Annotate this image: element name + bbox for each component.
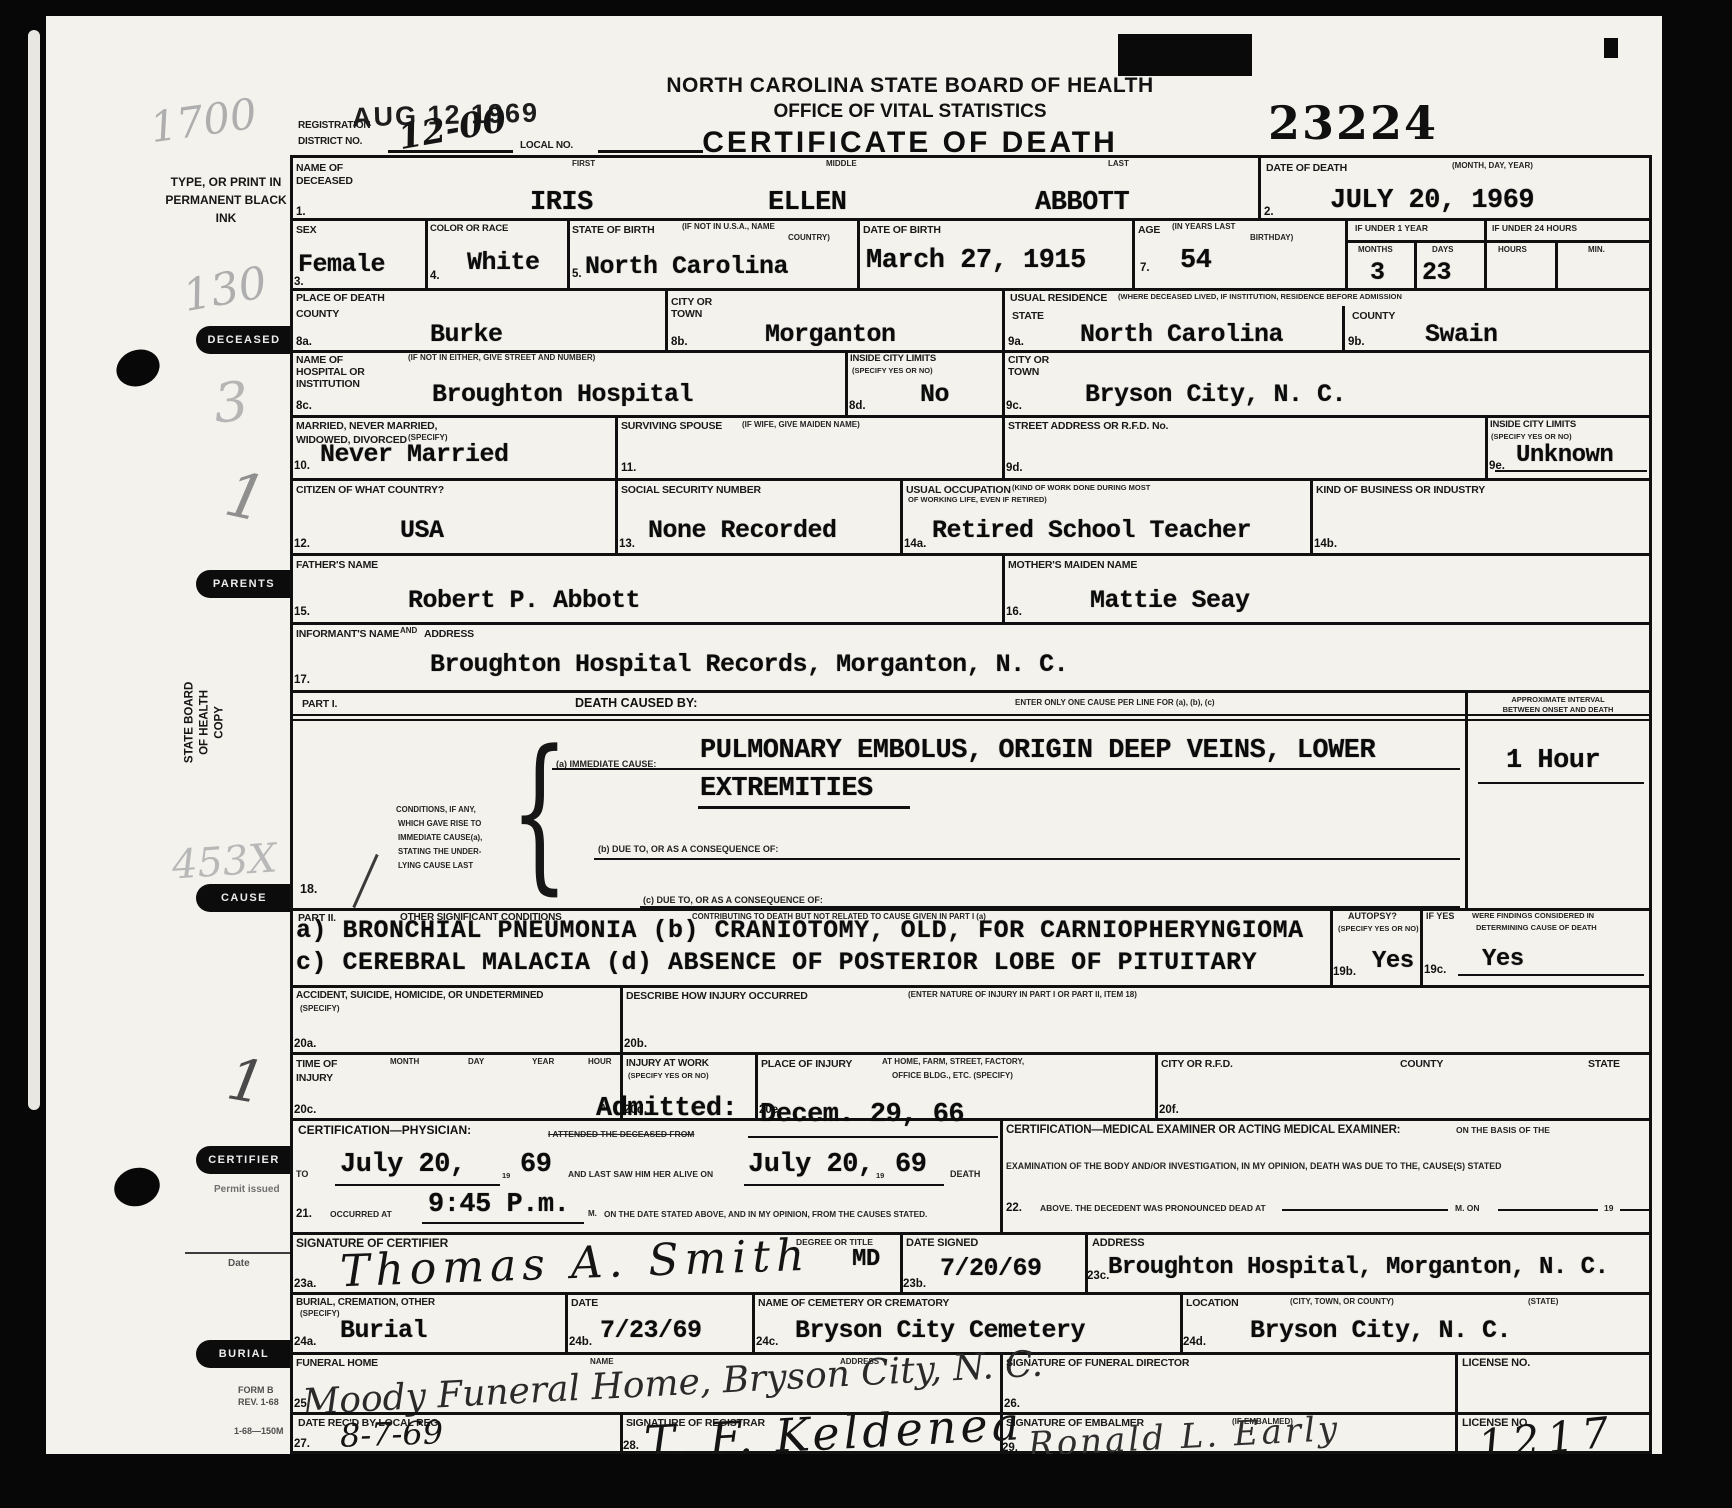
item-20b-number: 20b. — [624, 1038, 647, 1050]
item-20a-number: 20a. — [294, 1038, 316, 1050]
mother-value: Mattie Seay — [1090, 588, 1250, 613]
registration-label-1: REGISTRATION — [298, 120, 370, 132]
pod-city-label2: TOWN — [671, 308, 702, 320]
item-24b-number: 24b. — [569, 1336, 592, 1348]
registration-underline — [388, 150, 513, 153]
autopsy-label: AUTOPSY? — [1348, 912, 1397, 922]
place-of-death-label: PLACE OF DEATH — [296, 292, 385, 304]
conditions-label-1: CONDITIONS, IF ANY, — [396, 806, 476, 815]
pronounced-underline — [1282, 1196, 1448, 1211]
place-of-injury-label: PLACE OF INJURY — [761, 1058, 852, 1070]
burial-type-sublabel: (SPECIFY) — [300, 1310, 340, 1319]
marital-label-1: MARRIED, NEVER MARRIED, — [296, 420, 437, 432]
race-label: COLOR OR RACE — [430, 224, 508, 235]
address-value: Broughton Hospital, Morganton, N. C. — [1108, 1256, 1608, 1280]
autopsy-value: Yes — [1372, 950, 1414, 974]
pencil-mark-3: 3 — [212, 375, 251, 432]
item-23a-number: 23a. — [294, 1278, 316, 1290]
immediate-cause-line2: EXTREMITIES — [700, 776, 873, 803]
medex-line2: EXAMINATION OF THE BODY AND/OR INVESTIGA… — [1006, 1162, 1501, 1172]
tab-parents: PARENTS — [196, 570, 292, 598]
icl-9e-sublabel: (SPECIFY YES OR NO) — [1491, 433, 1572, 441]
pod-county-value: Burke — [430, 322, 503, 347]
min-label: MIN. — [1588, 246, 1605, 255]
tab-cause: CAUSE — [196, 884, 292, 912]
item-8d-number: 8d. — [849, 400, 866, 412]
name-label-1: NAME OF — [296, 162, 343, 174]
interval-underline — [1478, 756, 1644, 784]
under-1-year-label: IF UNDER 1 YEAR — [1355, 224, 1428, 233]
cause-a2-underline — [698, 806, 910, 809]
last-saw-label: AND LAST SAW HIM HER ALIVE ON — [568, 1170, 713, 1179]
cert-physician-heading: CERTIFICATION—PHYSICIAN: — [298, 1124, 471, 1137]
hours-label: HOURS — [1498, 246, 1527, 255]
interval-label-2: BETWEEN ONSET AND DEATH — [1468, 705, 1648, 715]
cause-a-underline — [552, 742, 1460, 770]
tab-deceased: DECEASED — [196, 326, 292, 354]
funeral-home-label: FUNERAL HOME — [296, 1357, 378, 1369]
injury-state-label: STATE — [1588, 1058, 1620, 1070]
item-18-number: 18. — [300, 882, 317, 896]
medex-19: 19 — [1604, 1204, 1613, 1213]
occupation-value: Retired School Teacher — [932, 518, 1251, 543]
item-20c-number: 20c. — [294, 1104, 316, 1116]
item-28-number: 28. — [623, 1440, 639, 1452]
copy-line-1: STATE BOARD — [183, 642, 198, 802]
item-7-number: 7. — [1140, 262, 1150, 274]
part1-label: PART I. — [302, 698, 337, 710]
scanned-death-certificate: 1700 TYPE, OR PRINT IN PERMANENT BLACK I… — [0, 0, 1732, 1508]
to-label: TO — [296, 1170, 308, 1180]
residence-state-value: North Carolina — [1080, 322, 1283, 347]
cause-c-underline — [640, 886, 1460, 908]
item-29-number: 29. — [1002, 1442, 1018, 1454]
item-1-number: 1. — [296, 206, 306, 218]
under-24-rule — [1484, 240, 1652, 243]
part1-note: ENTER ONLY ONE CAUSE PER LINE FOR (a), (… — [1015, 699, 1215, 708]
local-no-label: LOCAL NO. — [520, 140, 573, 152]
bottom-scan-band — [0, 1454, 1732, 1508]
director-license-label: LICENSE NO. — [1462, 1357, 1530, 1370]
item-17-number: 17. — [294, 674, 310, 686]
item-24c-number: 24c. — [756, 1336, 778, 1348]
conditions-label-5: LYING CAUSE LAST — [398, 862, 473, 871]
under-24-hours-label: IF UNDER 24 HOURS — [1492, 224, 1577, 233]
form-code: FORM B REV. 1-68 — [238, 1384, 279, 1408]
date-of-death-sublabel: (MONTH, DAY, YEAR) — [1452, 162, 1533, 171]
item-8c-number: 8c. — [296, 400, 312, 412]
pod-city-value: Morganton — [765, 322, 896, 347]
item-9a-number: 9a. — [1008, 336, 1024, 348]
cell-time-of-injury — [290, 1052, 623, 1121]
type-instruction: TYPE, OR PRINT IN PERMANENT BLACK INK — [162, 173, 290, 227]
residence-state-label: STATE — [1012, 310, 1044, 322]
registration-label-2: DISTRICT NO. — [298, 136, 362, 148]
board-name: NORTH CAROLINA STATE BOARD OF HEALTH — [595, 74, 1225, 98]
injury-city-label: CITY OR R.F.D. — [1161, 1058, 1233, 1070]
day-label: DAY — [468, 1058, 484, 1067]
time-underline — [422, 1200, 584, 1224]
item-20f-number: 20f. — [1159, 1104, 1179, 1116]
permit-issued-label: Permit issued — [214, 1184, 280, 1195]
interval-label-1: APPROXIMATE INTERVAL — [1468, 695, 1648, 705]
marital-value: Never Married — [320, 442, 509, 467]
item-24a-number: 24a. — [294, 1336, 316, 1348]
informant-label-2: ADDRESS — [424, 628, 474, 640]
print-code: 1-68—150M — [234, 1426, 284, 1436]
saw-19: 19 — [876, 1172, 884, 1180]
item-14b-number: 14b. — [1314, 538, 1337, 550]
state-of-birth-sub2: COUNTRY) — [788, 234, 830, 243]
scan-artifact-black-bar — [1118, 34, 1252, 76]
days-value: 23 — [1422, 260, 1451, 285]
citizen-label: CITIZEN OF WHAT COUNTRY? — [296, 484, 444, 496]
item-3-number: 3. — [294, 276, 304, 288]
part2-line2: c) CEREBRAL MALACIA (d) ABSENCE OF POSTE… — [296, 950, 1257, 975]
injury-at-work-sublabel: (SPECIFY YES OR NO) — [628, 1072, 709, 1080]
icl-8d-value: No — [920, 382, 949, 407]
informant-value: Broughton Hospital Records, Morganton, N… — [430, 652, 1068, 677]
tab-certifier: CERTIFIER — [196, 1146, 292, 1174]
copy-line-2: OF HEALTH — [198, 642, 213, 802]
burial-type-label: BURIAL, CREMATION, OTHER — [296, 1297, 435, 1309]
pod-city-label1: CITY OR — [671, 296, 712, 308]
ssn-label: SOCIAL SECURITY NUMBER — [621, 484, 761, 496]
copy-line-3: COPY — [212, 642, 227, 802]
injury-at-work-label: INJURY AT WORK — [626, 1058, 709, 1070]
middle-label: MIDDLE — [826, 160, 857, 169]
icl-8d-sublabel: (SPECIFY YES OR NO) — [852, 367, 933, 375]
item-23b-number: 23b. — [903, 1278, 926, 1290]
state-of-birth-label: STATE OF BIRTH — [572, 224, 655, 236]
office-name: OFFICE OF VITAL STATISTICS — [595, 101, 1225, 123]
conditions-label-3: IMMEDIATE CAUSE(a), — [398, 834, 482, 843]
findings-label-1: IF YES — [1426, 912, 1454, 922]
form-code-line1: FORM B — [238, 1384, 279, 1396]
father-value: Robert P. Abbott — [408, 588, 640, 613]
spouse-sublabel: (IF WIFE, GIVE MAIDEN NAME) — [742, 421, 860, 430]
residence-state-county-divider — [1342, 306, 1345, 353]
conditions-label-2: WHICH GAVE RISE TO — [398, 820, 481, 829]
sex-label: SEX — [296, 224, 316, 236]
date-rule — [185, 1252, 290, 1254]
date-signed-label: DATE SIGNED — [906, 1237, 978, 1250]
icl-9e-underline — [1495, 446, 1647, 472]
date-signed-value: 7/20/69 — [940, 1256, 1042, 1281]
pod-county-label: COUNTY — [296, 308, 339, 320]
item-9b-number: 9b. — [1348, 336, 1365, 348]
hospital-label-1: NAME OF — [296, 354, 343, 366]
usual-residence-sublabel: (WHERE DECEASED LIVED, IF INSTITUTION, R… — [1118, 293, 1402, 301]
occurred-at-label: OCCURRED AT — [330, 1210, 392, 1219]
item-5-number: 5. — [572, 268, 582, 280]
item-13-number: 13. — [619, 538, 635, 550]
medex-line3: ABOVE. THE DECEDENT WAS PRONOUNCED DEAD … — [1040, 1204, 1266, 1213]
item-9c-number: 9c. — [1006, 400, 1022, 412]
hospital-label-2: HOSPITAL OR — [296, 366, 365, 378]
autopsy-sublabel: (SPECIFY YES OR NO) — [1338, 925, 1419, 933]
date-received-value: 8-7-69 — [339, 1416, 443, 1452]
hours-min-divider — [1555, 240, 1558, 291]
spouse-label: SURVIVING SPOUSE — [621, 420, 722, 432]
business-label: KIND OF BUSINESS OR INDUSTRY — [1316, 484, 1485, 496]
name-label-2: DECEASED — [296, 175, 353, 187]
item-4-number: 4. — [430, 270, 440, 282]
informant-label-and: AND — [400, 627, 417, 636]
hospital-label-3: INSTITUTION — [296, 378, 360, 390]
residence-city-label1: CITY OR — [1008, 354, 1049, 366]
cause-b-underline — [594, 836, 1460, 860]
tab-burial: BURIAL — [196, 1340, 292, 1368]
medex-date-underline — [1498, 1196, 1598, 1211]
injury-county-label: COUNTY — [1400, 1058, 1443, 1070]
days-label: DAYS — [1432, 246, 1454, 255]
hospital-value: Broughton Hospital — [432, 382, 693, 407]
accident-label: ACCIDENT, SUICIDE, HOMICIDE, OR UNDETERM… — [296, 990, 543, 1002]
citizen-value: USA — [400, 518, 444, 543]
describe-injury-sublabel: (ENTER NATURE OF INJURY IN PART I OR PAR… — [908, 991, 1137, 1000]
months-days-divider — [1414, 240, 1417, 291]
occupation-sub1: (KIND OF WORK DONE DURING MOST — [1012, 484, 1150, 492]
part1-header-rule — [290, 714, 1652, 721]
header-title-block: NORTH CAROLINA STATE BOARD OF HEALTH OFF… — [595, 74, 1225, 160]
medex-year-underline — [1620, 1196, 1650, 1211]
mother-label: MOTHER'S MAIDEN NAME — [1008, 559, 1137, 571]
month-label: MONTH — [390, 1058, 419, 1067]
burial-date-value: 7/23/69 — [600, 1318, 702, 1343]
state-of-birth-sub1: (IF NOT IN U.S.A., NAME — [682, 223, 775, 232]
father-label: FATHER'S NAME — [296, 559, 378, 571]
cemetery-label: NAME OF CEMETERY OR CREMATORY — [758, 1297, 949, 1309]
time-of-injury-label1: TIME OF — [296, 1058, 337, 1070]
first-label: FIRST — [572, 160, 595, 169]
last-name-value: ABBOTT — [1035, 190, 1129, 217]
item-22-number: 22. — [1006, 1202, 1022, 1214]
date-label-margin: Date — [228, 1258, 250, 1269]
cell-father — [290, 553, 1005, 625]
residence-city-label2: TOWN — [1008, 366, 1039, 378]
funeral-director-label: SIGNATURE OF FUNERAL DIRECTOR — [1006, 1357, 1189, 1369]
item-9d-number: 9d. — [1006, 462, 1023, 474]
burial-type-value: Burial — [340, 1318, 427, 1343]
ssn-value: None Recorded — [648, 518, 837, 543]
item-8b-number: 8b. — [671, 336, 688, 348]
cell-age — [1132, 218, 1348, 291]
date-of-birth-label: DATE OF BIRTH — [863, 224, 941, 236]
item-24d-number: 24d. — [1183, 1336, 1206, 1348]
findings-label-2: WERE FINDINGS CONSIDERED IN — [1472, 912, 1594, 920]
scan-artifact-black-tick — [1604, 38, 1618, 58]
street-address-label: STREET ADDRESS OR R.F.D. No. — [1008, 420, 1168, 432]
address-label: ADDRESS — [1092, 1237, 1144, 1250]
age-sub1: (IN YEARS LAST — [1172, 223, 1235, 232]
cert-tail: ON THE DATE STATED ABOVE, AND IN MY OPIN… — [604, 1210, 927, 1219]
usual-residence-label: USUAL RESIDENCE — [1010, 292, 1107, 304]
age-label: AGE — [1138, 224, 1160, 236]
item-21-number: 21. — [296, 1208, 312, 1220]
residence-city-value: Bryson City, N. C. — [1085, 382, 1346, 407]
pencil-mark-453x: 453X — [171, 838, 278, 885]
certificate-number: 23224 — [1268, 96, 1438, 150]
item-12-number: 12. — [294, 538, 310, 550]
residence-county-label: COUNTY — [1352, 310, 1395, 322]
first-name-value: IRIS — [530, 190, 593, 217]
last-label: LAST — [1108, 160, 1129, 169]
item-27-number: 27. — [294, 1438, 310, 1450]
medex-basis: ON THE BASIS OF THE — [1456, 1126, 1550, 1135]
sex-value: Female — [298, 252, 385, 277]
cell-part1-cause — [290, 690, 1468, 911]
state-of-birth-value: North Carolina — [585, 254, 788, 279]
item-11-number: 11. — [621, 462, 636, 474]
residence-county-value: Swain — [1425, 322, 1498, 347]
item-16-number: 16. — [1006, 606, 1022, 618]
interval-label: APPROXIMATE INTERVAL BETWEEN ONSET AND D… — [1468, 695, 1648, 715]
cell-interval — [1465, 690, 1652, 911]
cert-medex-heading: CERTIFICATION—MEDICAL EXAMINER OR ACTING… — [1006, 1124, 1400, 1137]
informant-label-1: INFORMANT'S NAME — [296, 628, 399, 640]
accident-sublabel: (SPECIFY) — [300, 1005, 340, 1014]
date-of-death-label: DATE OF DEATH — [1266, 162, 1347, 174]
item-19b-number: 19b. — [1333, 966, 1356, 978]
place-of-injury-sub1: AT HOME, FARM, STREET, FACTORY, — [882, 1058, 1024, 1067]
copy-designation: STATE BOARD OF HEALTH COPY — [183, 642, 228, 802]
item-2-number: 2. — [1264, 206, 1274, 218]
describe-injury-label: DESCRIBE HOW INJURY OCCURRED — [626, 990, 808, 1002]
middle-name-value: ELLEN — [768, 190, 847, 217]
degree-value: MD — [852, 1248, 880, 1272]
findings-label-3: DETERMINING CAUSE OF DEATH — [1476, 924, 1597, 932]
to-19: 19 — [502, 1172, 510, 1180]
icl-9e-label: INSIDE CITY LIMITS — [1490, 420, 1576, 431]
form-code-line2: REV. 1-68 — [238, 1396, 279, 1408]
time-of-injury-label2: INJURY — [296, 1072, 333, 1084]
conditions-label-4: STATING THE UNDER- — [398, 848, 481, 857]
age-value: 54 — [1180, 248, 1211, 275]
hospital-sublabel: (IF NOT IN EITHER, GIVE STREET AND NUMBE… — [408, 354, 595, 363]
icl-8d-label: INSIDE CITY LIMITS — [850, 354, 936, 365]
attended-label: I ATTENDED THE DECEASED FROM — [548, 1130, 694, 1139]
to-underline — [335, 1160, 500, 1186]
part2-line1: a) BRONCHIAL PNEUMONIA (b) CRANIOTOMY, O… — [296, 918, 1304, 943]
hour-label: HOUR — [588, 1058, 612, 1067]
item-23c-number: 23c. — [1087, 1270, 1109, 1282]
date-of-birth-value: March 27, 1915 — [866, 248, 1086, 275]
item-19c-number: 19c. — [1424, 964, 1446, 976]
location-sub2: (STATE) — [1528, 1298, 1558, 1307]
item-8a-number: 8a. — [296, 336, 312, 348]
age-sub2: BIRTHDAY) — [1250, 234, 1293, 243]
place-of-injury-sub2: OFFICE BLDG., ETC. (SPECIFY) — [892, 1072, 1013, 1081]
location-sub1: (CITY, TOWN, OR COUNTY) — [1290, 1298, 1394, 1307]
year-label: YEAR — [532, 1058, 554, 1067]
months-value: 3 — [1370, 260, 1385, 285]
admitted-overwrite: Admitted: — [596, 1096, 737, 1123]
m-label-cert: M. — [588, 1210, 597, 1219]
item-10-number: 10. — [294, 460, 310, 472]
item-14a-number: 14a. — [904, 538, 926, 550]
scan-edge-sliver — [28, 30, 40, 1110]
cemetery-value: Bryson City Cemetery — [795, 1318, 1085, 1343]
item-15-number: 15. — [294, 606, 310, 618]
to-year-value: 69 — [520, 1152, 551, 1179]
conditions-brace: { — [510, 728, 569, 896]
months-label: MONTHS — [1358, 246, 1393, 255]
burial-date-label: DATE — [571, 1297, 598, 1309]
attended-from-underline — [748, 1112, 998, 1138]
race-value: White — [467, 250, 540, 275]
death-caused-by-label: DEATH CAUSED BY: — [575, 697, 697, 711]
saw-year-value: 69 — [895, 1152, 926, 1179]
location-value: Bryson City, N. C. — [1250, 1318, 1511, 1343]
death-label: DEATH — [950, 1170, 980, 1180]
occupation-sub2: OF WORKING LIFE, EVEN IF RETIRED) — [908, 496, 1047, 504]
medex-m-on: M. ON — [1455, 1204, 1480, 1213]
date-of-death-value: JULY 20, 1969 — [1330, 188, 1534, 215]
location-label: LOCATION — [1186, 1297, 1238, 1309]
findings-underline — [1458, 950, 1644, 976]
